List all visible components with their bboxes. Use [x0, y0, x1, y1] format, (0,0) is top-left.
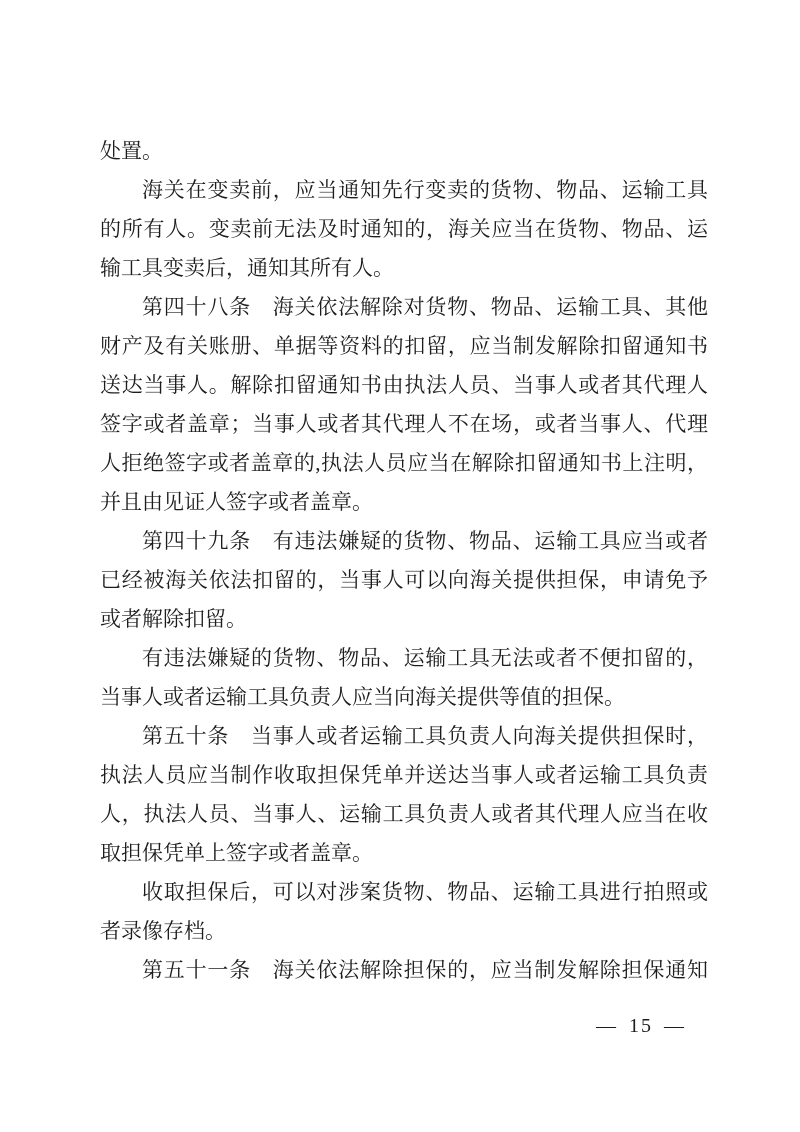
document-line: 当事人或者运输工具负责人应当向海关提供等值的担保。 [100, 678, 708, 717]
document-line: 第四十八条 海关依法解除对货物、物品、运输工具、其他 [100, 288, 708, 327]
document-line: 第五十一条 海关依法解除担保的，应当制发解除担保通知 [100, 951, 708, 990]
document-line: 财产及有关账册、单据等资料的扣留，应当制发解除扣留通知书 [100, 327, 708, 366]
document-line: 或者解除扣留。 [100, 600, 708, 639]
document-line: 已经被海关依法扣留的，当事人可以向海关提供担保，申请免予 [100, 561, 708, 600]
page-number: — 15 — [561, 1010, 721, 1042]
document-line: 处置。 [100, 132, 708, 171]
document-line: 海关在变卖前，应当通知先行变卖的货物、物品、运输工具 [100, 171, 708, 210]
document-line: 签字或者盖章；当事人或者其代理人不在场，或者当事人、代理 [100, 405, 708, 444]
document-line: 的所有人。变卖前无法及时通知的，海关应当在货物、物品、运 [100, 210, 708, 249]
document-line: 人，执法人员、当事人、运输工具负责人或者其代理人应当在收 [100, 795, 708, 834]
document-line: 输工具变卖后，通知其所有人。 [100, 249, 708, 288]
document-page: 处置。海关在变卖前，应当通知先行变卖的货物、物品、运输工具的所有人。变卖前无法及… [0, 0, 800, 1132]
document-line: 送达当事人。解除扣留通知书由执法人员、当事人或者其代理人 [100, 366, 708, 405]
document-line: 者录像存档。 [100, 912, 708, 951]
document-line: 取担保凭单上签字或者盖章。 [100, 834, 708, 873]
document-line: 收取担保后，可以对涉案货物、物品、运输工具进行拍照或 [100, 873, 708, 912]
document-line: 人拒绝签字或者盖章的,执法人员应当在解除扣留通知书上注明， [100, 444, 708, 483]
document-line: 第五十条 当事人或者运输工具负责人向海关提供担保时， [100, 717, 708, 756]
document-line: 有违法嫌疑的货物、物品、运输工具无法或者不便扣留的， [100, 639, 708, 678]
document-line: 并且由见证人签字或者盖章。 [100, 483, 708, 522]
document-body: 处置。海关在变卖前，应当通知先行变卖的货物、物品、运输工具的所有人。变卖前无法及… [100, 132, 708, 990]
document-line: 执法人员应当制作收取担保凭单并送达当事人或者运输工具负责 [100, 756, 708, 795]
document-line: 第四十九条 有违法嫌疑的货物、物品、运输工具应当或者 [100, 522, 708, 561]
